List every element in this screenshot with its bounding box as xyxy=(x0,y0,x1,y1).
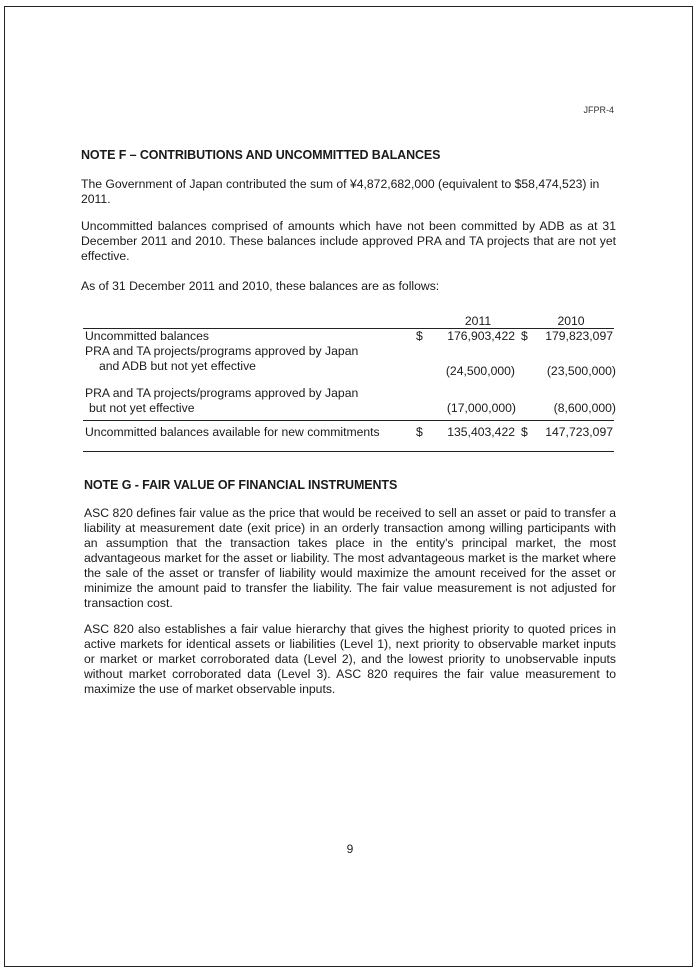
note-g-definition-paragraph: ASC 820 defines fair value as the price … xyxy=(84,506,616,611)
note-f-heading: NOTE F – CONTRIBUTIONS AND UNCOMMITTED B… xyxy=(81,148,440,162)
value-2010: (8,600,000) xyxy=(516,401,616,416)
value-2010: 147,723,097 xyxy=(513,425,613,440)
table-row: Uncommitted balances $ 176,903,422 $ 179… xyxy=(83,329,614,344)
table-row: PRA and TA projects/programs approved by… xyxy=(83,344,614,380)
column-header-2011: 2011 xyxy=(433,314,523,328)
value-2010: 179,823,097 xyxy=(513,329,613,344)
row-label: Uncommitted balances available for new c… xyxy=(83,425,415,440)
value-2011: 135,403,422 xyxy=(415,425,515,440)
total-rule xyxy=(83,451,614,452)
note-g-hierarchy-paragraph: ASC 820 also establishes a fair value hi… xyxy=(84,622,616,697)
table-row: Uncommitted balances available for new c… xyxy=(83,421,614,445)
value-2011: 176,903,422 xyxy=(415,329,515,344)
value-2011: (24,500,000) xyxy=(415,364,515,379)
table-row: PRA and TA projects/programs approved by… xyxy=(83,380,614,420)
note-g-heading: NOTE G - FAIR VALUE OF FINANCIAL INSTRUM… xyxy=(84,478,397,492)
balances-table: 2011 2010 Uncommitted balances $ 176,903… xyxy=(83,314,614,452)
value-2011: (17,000,000) xyxy=(416,401,516,416)
row-label: Uncommitted balances xyxy=(83,329,405,344)
note-f-uncommitted-paragraph: Uncommitted balances comprised of amount… xyxy=(81,219,616,264)
column-header-2010: 2010 xyxy=(526,314,616,328)
page-number: 9 xyxy=(0,842,700,856)
value-2010: (23,500,000) xyxy=(516,364,616,379)
row-label: PRA and TA projects/programs approved by… xyxy=(83,344,405,374)
note-f-table-intro: As of 31 December 2011 and 2010, these b… xyxy=(81,279,616,294)
note-f-contribution-paragraph: The Government of Japan contributed the … xyxy=(81,177,616,207)
document-reference: JFPR-4 xyxy=(583,105,614,115)
row-label: PRA and TA projects/programs approved by… xyxy=(83,386,405,416)
table-header: 2011 2010 xyxy=(83,314,614,328)
